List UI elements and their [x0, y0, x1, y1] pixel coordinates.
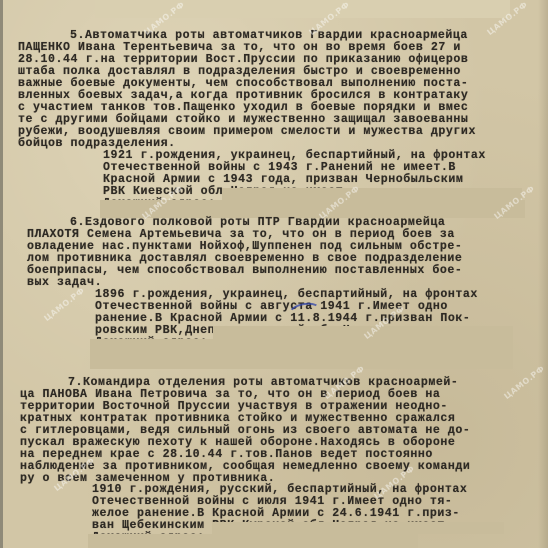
redacted-address-6b [90, 339, 513, 369]
redacted-address-7b [88, 534, 418, 548]
scanned-document-page: 5.Автоматчика роты автоматчиков Гвардии … [0, 0, 548, 548]
entry-6-line-6: вых задач. [27, 276, 102, 289]
page-shadow [538, 0, 548, 548]
top-paper-band [95, 0, 510, 18]
page-edge [0, 0, 3, 548]
redacted-address-5a [222, 188, 522, 200]
watermark: ЦАМО.РФ [42, 286, 86, 323]
redacted-address-7a [212, 522, 504, 534]
